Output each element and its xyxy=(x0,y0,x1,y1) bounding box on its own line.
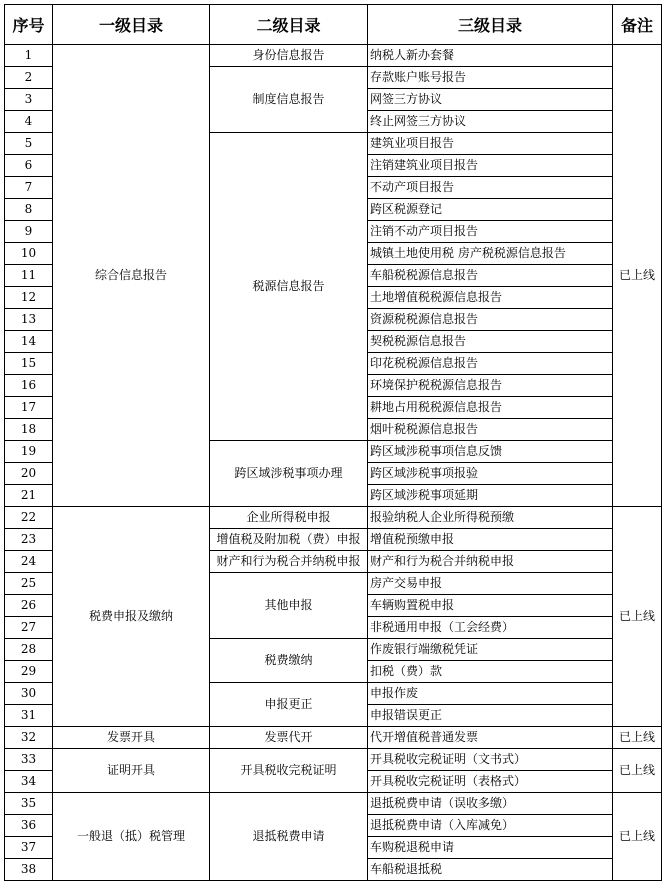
level3-cell: 财产和行为税合并纳税申报 xyxy=(368,551,613,573)
seq-cell: 31 xyxy=(5,705,53,727)
seq-cell: 30 xyxy=(5,683,53,705)
header-level1: 一级目录 xyxy=(53,5,210,45)
table-row: 22税费申报及缴纳企业所得税申报报验纳税人企业所得税预缴已上线 xyxy=(5,507,662,529)
level3-cell: 耕地占用税税源信息报告 xyxy=(368,397,613,419)
level3-cell: 开具税收完税证明（表格式） xyxy=(368,771,613,793)
level3-cell: 扣税（费）款 xyxy=(368,661,613,683)
level2-cell: 企业所得税申报 xyxy=(210,507,368,529)
level2-cell: 税费缴纳 xyxy=(210,639,368,683)
level2-cell: 财产和行为税合并纳税申报 xyxy=(210,551,368,573)
level1-cell: 综合信息报告 xyxy=(53,45,210,507)
level3-cell: 作废银行端缴税凭证 xyxy=(368,639,613,661)
level3-cell: 契税税源信息报告 xyxy=(368,331,613,353)
seq-cell: 17 xyxy=(5,397,53,419)
level3-cell: 城镇土地使用税 房产税税源信息报告 xyxy=(368,243,613,265)
seq-cell: 4 xyxy=(5,111,53,133)
table-row: 33证明开具开具税收完税证明开具税收完税证明（文书式）已上线 xyxy=(5,749,662,771)
level3-cell: 增值税预缴申报 xyxy=(368,529,613,551)
seq-cell: 35 xyxy=(5,793,53,815)
level2-cell: 制度信息报告 xyxy=(210,67,368,133)
seq-cell: 19 xyxy=(5,441,53,463)
level3-cell: 跨区税源登记 xyxy=(368,199,613,221)
status-note-cell: 已上线 xyxy=(613,749,662,793)
seq-cell: 16 xyxy=(5,375,53,397)
status-note-cell: 已上线 xyxy=(613,45,662,507)
seq-cell: 26 xyxy=(5,595,53,617)
seq-cell: 1 xyxy=(5,45,53,67)
level3-cell: 车辆购置税申报 xyxy=(368,595,613,617)
level1-cell: 一般退（抵）税管理 xyxy=(53,793,210,881)
table-row: 35一般退（抵）税管理退抵税费申请退抵税费申请（误收多缴）已上线 xyxy=(5,793,662,815)
service-catalog-table: 序号 一级目录 二级目录 三级目录 备注 1综合信息报告身份信息报告纳税人新办套… xyxy=(4,4,662,881)
level1-cell: 税费申报及缴纳 xyxy=(53,507,210,727)
seq-cell: 29 xyxy=(5,661,53,683)
seq-cell: 10 xyxy=(5,243,53,265)
level3-cell: 车船税税源信息报告 xyxy=(368,265,613,287)
level3-cell: 代开增值税普通发票 xyxy=(368,727,613,749)
header-level3: 三级目录 xyxy=(368,5,613,45)
level1-cell: 证明开具 xyxy=(53,749,210,793)
level3-cell: 开具税收完税证明（文书式） xyxy=(368,749,613,771)
status-note-cell: 已上线 xyxy=(613,793,662,881)
seq-cell: 9 xyxy=(5,221,53,243)
level2-cell: 发票代开 xyxy=(210,727,368,749)
seq-cell: 38 xyxy=(5,859,53,881)
level3-cell: 环境保护税税源信息报告 xyxy=(368,375,613,397)
level3-cell: 印花税税源信息报告 xyxy=(368,353,613,375)
level3-cell: 跨区域涉税事项报验 xyxy=(368,463,613,485)
seq-cell: 12 xyxy=(5,287,53,309)
level3-cell: 申报错误更正 xyxy=(368,705,613,727)
seq-cell: 24 xyxy=(5,551,53,573)
seq-cell: 2 xyxy=(5,67,53,89)
table-row: 32发票开具发票代开代开增值税普通发票已上线 xyxy=(5,727,662,749)
level2-cell: 其他申报 xyxy=(210,573,368,639)
seq-cell: 34 xyxy=(5,771,53,793)
seq-cell: 11 xyxy=(5,265,53,287)
level2-cell: 退抵税费申请 xyxy=(210,793,368,881)
level3-cell: 终止网签三方协议 xyxy=(368,111,613,133)
level2-cell: 税源信息报告 xyxy=(210,133,368,441)
seq-cell: 14 xyxy=(5,331,53,353)
seq-cell: 22 xyxy=(5,507,53,529)
seq-cell: 37 xyxy=(5,837,53,859)
level3-cell: 跨区域涉税事项延期 xyxy=(368,485,613,507)
level3-cell: 烟叶税税源信息报告 xyxy=(368,419,613,441)
level3-cell: 退抵税费申请（误收多缴） xyxy=(368,793,613,815)
seq-cell: 32 xyxy=(5,727,53,749)
level3-cell: 网签三方协议 xyxy=(368,89,613,111)
level1-cell: 发票开具 xyxy=(53,727,210,749)
seq-cell: 18 xyxy=(5,419,53,441)
level3-cell: 跨区域涉税事项信息反馈 xyxy=(368,441,613,463)
seq-cell: 13 xyxy=(5,309,53,331)
level3-cell: 退抵税费申请（入库减免） xyxy=(368,815,613,837)
seq-cell: 23 xyxy=(5,529,53,551)
level2-cell: 开具税收完税证明 xyxy=(210,749,368,793)
level3-cell: 非税通用申报（工会经费） xyxy=(368,617,613,639)
header-note: 备注 xyxy=(613,5,662,45)
level3-cell: 申报作废 xyxy=(368,683,613,705)
table-row: 1综合信息报告身份信息报告纳税人新办套餐已上线 xyxy=(5,45,662,67)
level3-cell: 土地增值税税源信息报告 xyxy=(368,287,613,309)
level3-cell: 注销不动产项目报告 xyxy=(368,221,613,243)
level2-cell: 申报更正 xyxy=(210,683,368,727)
level3-cell: 存款账户账号报告 xyxy=(368,67,613,89)
seq-cell: 25 xyxy=(5,573,53,595)
header-seq: 序号 xyxy=(5,5,53,45)
seq-cell: 7 xyxy=(5,177,53,199)
level2-cell: 身份信息报告 xyxy=(210,45,368,67)
level3-cell: 车船税退抵税 xyxy=(368,859,613,881)
level3-cell: 报验纳税人企业所得税预缴 xyxy=(368,507,613,529)
seq-cell: 8 xyxy=(5,199,53,221)
status-note-cell: 已上线 xyxy=(613,727,662,749)
seq-cell: 33 xyxy=(5,749,53,771)
level3-cell: 不动产项目报告 xyxy=(368,177,613,199)
level3-cell: 资源税税源信息报告 xyxy=(368,309,613,331)
seq-cell: 3 xyxy=(5,89,53,111)
seq-cell: 21 xyxy=(5,485,53,507)
seq-cell: 28 xyxy=(5,639,53,661)
header-level2: 二级目录 xyxy=(210,5,368,45)
level3-cell: 车购税退税申请 xyxy=(368,837,613,859)
seq-cell: 27 xyxy=(5,617,53,639)
level3-cell: 建筑业项目报告 xyxy=(368,133,613,155)
level3-cell: 纳税人新办套餐 xyxy=(368,45,613,67)
header-row: 序号 一级目录 二级目录 三级目录 备注 xyxy=(5,5,662,45)
status-note-cell: 已上线 xyxy=(613,507,662,727)
seq-cell: 36 xyxy=(5,815,53,837)
table-body: 1综合信息报告身份信息报告纳税人新办套餐已上线2制度信息报告存款账户账号报告3网… xyxy=(5,45,662,881)
level2-cell: 跨区域涉税事项办理 xyxy=(210,441,368,507)
seq-cell: 5 xyxy=(5,133,53,155)
level3-cell: 注销建筑业项目报告 xyxy=(368,155,613,177)
seq-cell: 20 xyxy=(5,463,53,485)
level2-cell: 增值税及附加税（费）申报 xyxy=(210,529,368,551)
seq-cell: 15 xyxy=(5,353,53,375)
seq-cell: 6 xyxy=(5,155,53,177)
level3-cell: 房产交易申报 xyxy=(368,573,613,595)
